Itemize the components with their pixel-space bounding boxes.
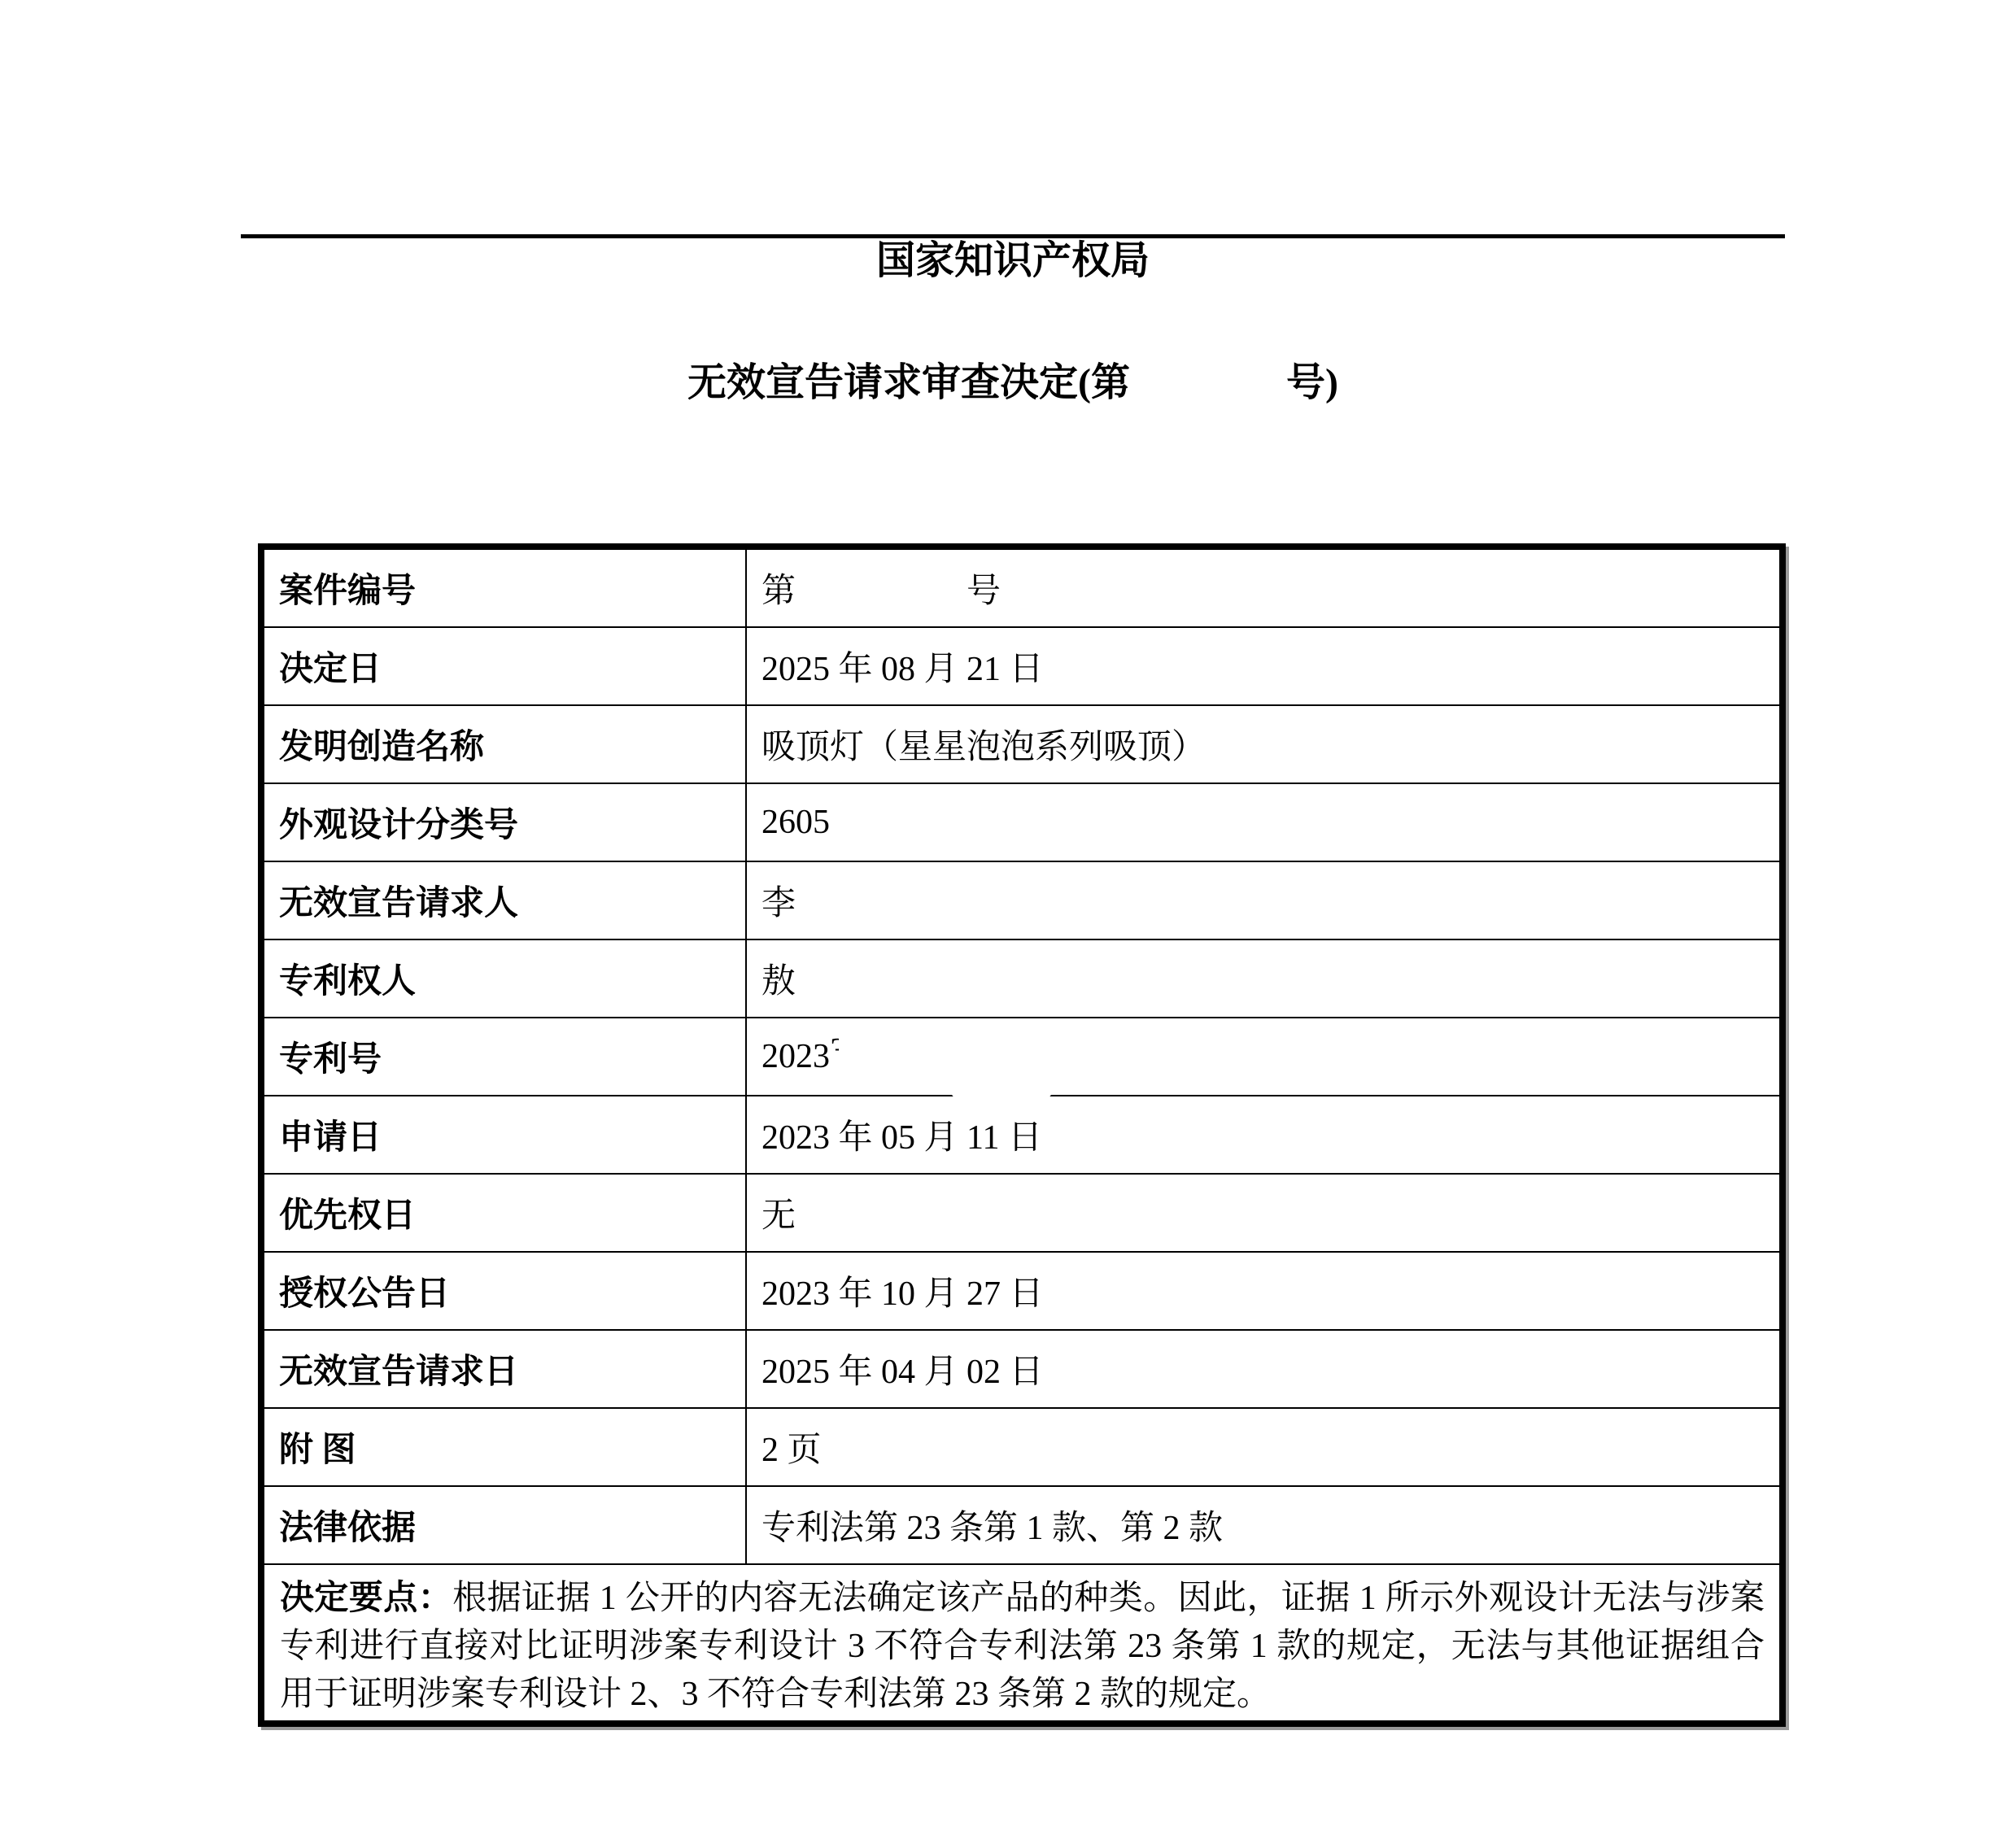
table-row: 无效宣告请求日2025 年 04 月 02 日 [264, 1331, 1779, 1409]
table-row: 外观设计分类号2605 [264, 784, 1779, 862]
row-value: 敖 [747, 940, 1779, 1017]
row-value-text: 第 号 [761, 564, 1001, 612]
row-value-text: 无 [761, 1188, 796, 1237]
row-label-text: 法律依据 [279, 1501, 416, 1550]
row-value: 2025 年 04 月 02 日 [747, 1331, 1779, 1407]
row-value-text: 敖 [761, 954, 796, 1003]
document-title: 无效宣告请求审查决定(第 号) [241, 358, 1785, 408]
table-row: 授权公告日2023 年 10 月 27 日 [264, 1253, 1779, 1331]
table-row: 专利权人敖 [264, 940, 1779, 1018]
row-label: 无效宣告请求日 [264, 1331, 747, 1407]
row-value: 吸顶灯（星星泡泡系列吸顶） [747, 706, 1779, 783]
row-label: 专利权人 [264, 940, 747, 1017]
row-value-text: 2023 年 10 月 27 日 [761, 1266, 1044, 1315]
organization-title: 国家知识产权局 [241, 236, 1785, 286]
decision-summary: 决定要点：根据证据 1 公开的内容无法确定该产品的种类。因此，证据 1 所示外观… [264, 1565, 1779, 1720]
row-label: 附 图 [264, 1409, 747, 1485]
row-label-text: 优先权日 [279, 1188, 416, 1237]
row-value: 2025 年 08 月 21 日 [747, 628, 1779, 704]
redacted-partial-digit: 3 [830, 1037, 839, 1055]
row-value: 第 号 [747, 550, 1779, 626]
row-label-text: 外观设计分类号 [279, 798, 518, 847]
row-value: 专利法第 23 条第 1 款、第 2 款 [747, 1487, 1779, 1563]
decision-summary-prefix: 决定要点： [280, 1580, 452, 1617]
table-row: 案件编号第 号 [264, 550, 1779, 628]
row-value-text: 2025 年 08 月 21 日 [761, 642, 1044, 691]
row-label: 授权公告日 [264, 1253, 747, 1329]
row-value: 李 [747, 862, 1779, 939]
row-value: 2023 年 05 月 11 日 [747, 1096, 1779, 1173]
row-label: 无效宣告请求人 [264, 862, 747, 939]
decision-summary-text: 根据证据 1 公开的内容无法确定该产品的种类。因此，证据 1 所示外观设计无法与… [280, 1580, 1765, 1713]
row-label-text: 发明创造名称 [279, 720, 484, 769]
row-label-text: 申请日 [279, 1110, 382, 1159]
row-label-text: 决定日 [279, 642, 382, 691]
row-label-text: 无效宣告请求日 [279, 1345, 518, 1393]
row-value: 无 [747, 1175, 1779, 1251]
row-label: 决定日 [264, 628, 747, 704]
row-label-text: 无效宣告请求人 [279, 876, 518, 925]
row-label: 法律依据 [264, 1487, 747, 1563]
row-value: 2 页 [747, 1409, 1779, 1485]
row-label: 优先权日 [264, 1175, 747, 1251]
row-value-text: 20233 [761, 1037, 839, 1076]
row-value: 2023 年 10 月 27 日 [747, 1253, 1779, 1329]
info-table: 案件编号第 号决定日2025 年 08 月 21 日发明创造名称吸顶灯（星星泡泡… [258, 543, 1786, 1727]
row-value: 20233 [747, 1018, 1779, 1095]
table-row: 无效宣告请求人李 [264, 862, 1779, 940]
row-label-text: 附 图 [279, 1423, 356, 1471]
row-label: 发明创造名称 [264, 706, 747, 783]
row-label: 专利号 [264, 1018, 747, 1095]
row-label: 外观设计分类号 [264, 784, 747, 861]
row-value-text: 2605 [761, 803, 830, 842]
row-value-text: 吸顶灯（星星泡泡系列吸顶） [761, 720, 1206, 769]
table-row: 决定日2025 年 08 月 21 日 [264, 628, 1779, 706]
table-row: 优先权日无 [264, 1175, 1779, 1253]
table-row: 申请日2023 年 05 月 11 日 [264, 1096, 1779, 1175]
row-label-text: 专利号 [279, 1032, 382, 1081]
row-value-text: 李 [761, 876, 796, 925]
row-label-text: 专利权人 [279, 954, 416, 1003]
row-label-text: 授权公告日 [279, 1266, 450, 1315]
row-value-text: 2023 年 05 月 11 日 [761, 1110, 1042, 1159]
row-value-text: 2025 年 04 月 02 日 [761, 1345, 1044, 1393]
row-value: 2605 [747, 784, 1779, 861]
row-value-text: 专利法第 23 条第 1 款、第 2 款 [761, 1501, 1223, 1550]
redaction-mark [952, 1083, 1051, 1105]
table-row: 发明创造名称吸顶灯（星星泡泡系列吸顶） [264, 706, 1779, 784]
row-label: 案件编号 [264, 550, 747, 626]
document-page: 国家知识产权局 无效宣告请求审查决定(第 号) 案件编号第 号决定日2025 年… [0, 0, 2016, 1844]
table-row: 法律依据专利法第 23 条第 1 款、第 2 款 [264, 1487, 1779, 1565]
row-label: 申请日 [264, 1096, 747, 1173]
row-label-text: 案件编号 [279, 564, 416, 612]
row-value-text: 2 页 [761, 1423, 822, 1471]
table-row: 附 图2 页 [264, 1409, 1779, 1487]
